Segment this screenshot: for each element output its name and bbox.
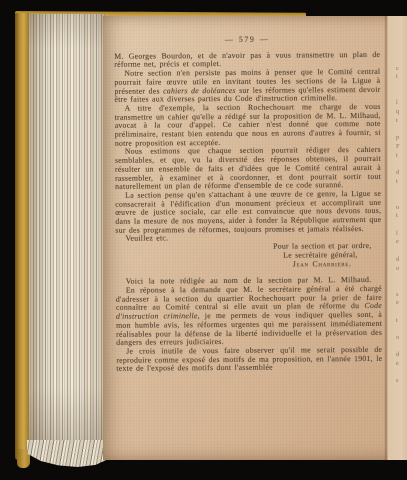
edge-fragment: l [396,230,407,239]
edge-fragment: t [396,117,407,126]
edge-fragment: d [396,169,407,178]
edge-fragment [396,343,407,352]
paragraph: Nous estimons que chaque section pourrai… [115,146,381,191]
edge-fragment: e [396,238,407,247]
paragraph-group-bottom: Voici la note rédigée au nom de la secti… [116,276,383,374]
edge-fragment [396,282,407,291]
signature-block: Pour la section et par ordre, Le secréta… [116,242,382,270]
paragraph: Je crois inutile de vous faire observer … [116,346,382,374]
paragraph: La section pense qu'en s'attachant à une… [115,190,381,235]
page-fold-crease [384,16,388,460]
paragraph: A titre d'exemple, la section Rochechoua… [115,103,381,148]
paragraph-group-top: M. Georges Bourdon, et de n'avoir pas à … [114,51,381,236]
edge-fragment: d [396,256,407,265]
edge-fragment [396,369,407,378]
edge-fragment: e [396,360,407,369]
edge-fragment [396,308,407,317]
edge-fragment [396,56,407,65]
edge-fragment: t [396,152,407,161]
edge-fragment [396,395,407,404]
edge-fragment: s [396,377,407,386]
edge-fragment [396,386,407,395]
page-stack-fore-edge [29,14,105,448]
edge-fragment: o [396,334,407,343]
book: ctlqtpFtdtotledosetodes — 579 — M. Georg… [0,0,407,480]
edge-fragment [396,273,407,282]
edge-fragment: t [396,317,407,326]
edge-fragment: p [396,134,407,143]
text-segment: La section pense qu'en s'attachant à une… [115,189,381,235]
text-segment: Nous estimons que chaque section pourrai… [115,145,381,191]
edge-fragment [396,221,407,230]
edge-fragment [396,82,407,91]
edge-fragment [396,91,407,100]
adjacent-page-text-fragments: ctlqtpFtdtotledosetodes [396,56,407,404]
text-segment: Je crois inutile de vous faire observer … [116,345,382,373]
edge-fragment [396,160,407,169]
page-text-block: — 579 — M. Georges Bourdon, et de n'avoi… [114,35,382,374]
photo-background: { "colors":{ "photo_background":"#0b0908… [0,0,407,480]
edge-fragment: e [396,299,407,308]
signature-line: Jean Charrière. [116,259,382,270]
book-page: ctlqtpFtdtotledosetodes — 579 — M. Georg… [103,16,407,460]
edge-fragment [396,126,407,135]
edge-fragment: t [396,178,407,187]
edge-fragment: t [396,73,407,82]
text-segment: En réponse à la demande que M. le secrét… [116,284,382,312]
page-number: — 579 — [114,35,380,46]
paragraph: Notre section n'en persiste pas moins à … [114,68,380,105]
edge-fragment: d [396,351,407,360]
edge-fragment: s [396,291,407,300]
text-segment: M. Georges Bourdon, et de n'avoir pas à … [114,50,380,70]
edge-fragment: o [396,265,407,274]
book-cover-spine-edge [15,13,29,460]
edge-fragment: o [396,204,407,213]
edge-fragment [396,195,407,204]
edge-fragment: c [396,65,407,74]
edge-fragment: q [396,108,407,117]
paragraph: En réponse à la demande que M. le secrét… [116,285,382,348]
edge-fragment: t [396,212,407,221]
edge-fragment [396,247,407,256]
edge-fragment [396,325,407,334]
edge-fragment: F [396,143,407,152]
edge-fragment [396,186,407,195]
edge-fragment: l [396,99,407,108]
text-segment: A titre d'exemple, la section Rochechoua… [115,102,381,148]
